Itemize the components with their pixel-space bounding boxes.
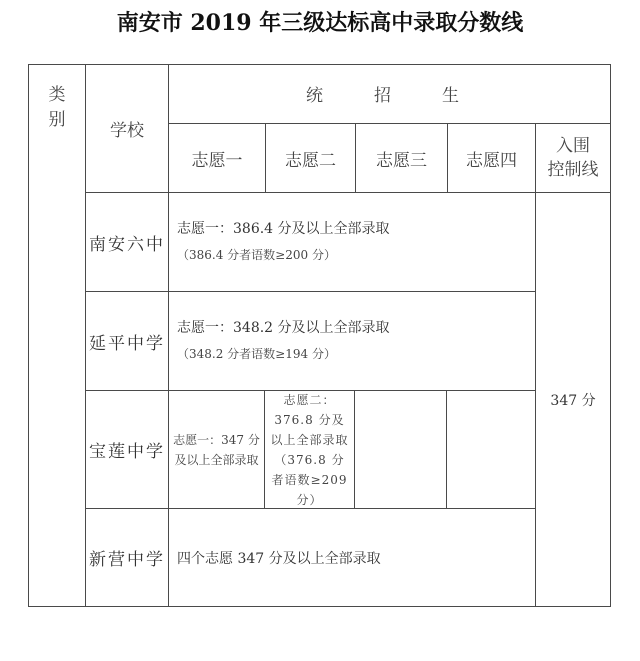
choice-4-rule [447, 391, 535, 508]
page-title: 南安市 2019 年三级达标高中录取分数线 [0, 6, 640, 37]
choice-3-rule [355, 391, 446, 508]
school-name: 新营中学 [86, 509, 168, 606]
school-name: 宝莲中学 [86, 391, 168, 508]
header-category-char: 别 [49, 105, 66, 130]
choice-1-rule: 志愿一：347 分及以上全部录取 [169, 391, 264, 508]
admission-rule: 四个志愿 347 分及以上全部录取 [169, 509, 535, 606]
choice-2-rule: 志愿二：376.8 分及以上全部录取（376.8 分者语数≥209 分） [265, 391, 354, 508]
control-line-value: 347 分 [536, 193, 610, 606]
header-control-line-part: 控制线 [548, 158, 599, 182]
table-border-bottom [28, 606, 611, 607]
header-choice-2: 志愿二 [266, 124, 355, 192]
header-category: 类 别 [29, 80, 85, 140]
header-school: 学校 [86, 64, 168, 192]
school-name: 延平中学 [86, 292, 168, 390]
header-control-line: 入围 控制线 [536, 124, 610, 192]
table-border-left [28, 64, 29, 607]
header-choice-3: 志愿三 [356, 124, 447, 192]
admission-rule: 志愿一：386.4 分及以上全部录取 [177, 216, 390, 242]
admission-rule: 志愿一：348.2 分及以上全部录取 [177, 315, 390, 341]
header-choice-4: 志愿四 [448, 124, 535, 192]
header-control-line-part: 入围 [556, 134, 590, 158]
admission-note: （386.4 分者语数≥200 分） [177, 242, 336, 268]
header-group: 统 招 生 [168, 64, 611, 123]
row-content: 志愿一：348.2 分及以上全部录取 （348.2 分者语数≥194 分） [169, 292, 535, 390]
header-choice-1: 志愿一 [169, 124, 265, 192]
table-border-right [610, 64, 611, 607]
header-category-char: 类 [49, 80, 66, 105]
row-content: 志愿一：386.4 分及以上全部录取 （386.4 分者语数≥200 分） [169, 193, 535, 291]
admission-note: （348.2 分者语数≥194 分） [177, 341, 336, 367]
school-name: 南安六中 [86, 193, 168, 291]
